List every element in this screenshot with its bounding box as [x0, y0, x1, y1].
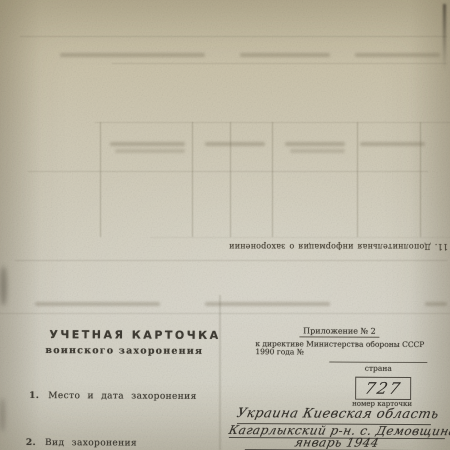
- item-1-place-and-date: 1.Место и дата захоронения: [29, 391, 197, 402]
- annex-reference-line3: 1990 года №: [255, 347, 304, 356]
- annex-reference-text: Приложение № 2: [299, 326, 380, 337]
- card-number-box: 727: [355, 377, 411, 400]
- annex-reference-line1: Приложение № 2: [267, 326, 411, 336]
- document-photo: 11. Дополнительная информация о захороне…: [0, 0, 450, 450]
- handwritten-location-line-1: Украина Киевская область: [237, 404, 431, 425]
- card-number-value: 727: [363, 379, 404, 398]
- card-front-content: УЧЕТНАЯ КАРТОЧКА воинского захоронения П…: [0, 0, 450, 450]
- item-label: Вид захоронения: [45, 438, 137, 448]
- country-label: страна: [329, 364, 427, 374]
- item-label: Место и дата захоронения: [48, 391, 196, 402]
- item-number: 2.: [26, 438, 36, 448]
- fold-crease: [219, 295, 221, 450]
- edge-smudge: [0, 398, 5, 432]
- handwritten-date: январь 1944: [245, 437, 429, 450]
- page-edge-crease: [443, 4, 446, 70]
- item-number: 1.: [29, 391, 39, 401]
- card-title: УЧЕТНАЯ КАРТОЧКА: [49, 328, 199, 342]
- edge-smudge: [0, 266, 7, 306]
- handwritten-text: Украина Киевская область: [235, 404, 441, 424]
- card-subtitle: воинского захоронения: [39, 345, 209, 357]
- handwritten-text: январь 1944: [294, 437, 380, 448]
- item-2-burial-type: 2.Вид захоронения: [26, 438, 137, 449]
